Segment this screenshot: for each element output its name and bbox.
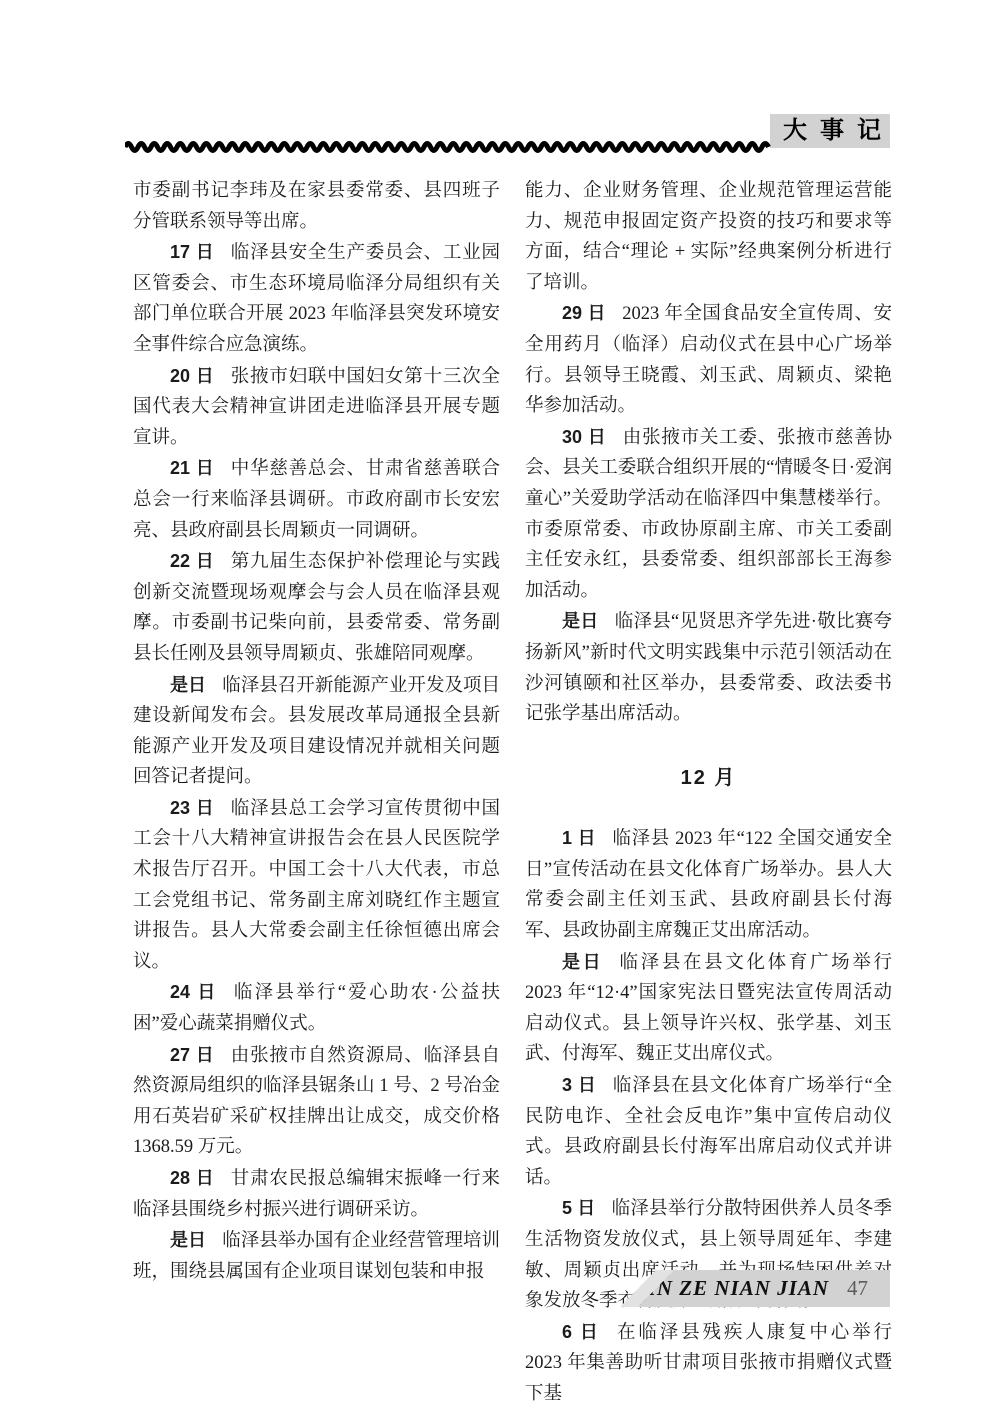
entry-date: 是日 [562,952,603,972]
entry-date: 5 日 [562,1198,595,1218]
page-number: 47 [847,1276,868,1300]
chronicle-entry: 23 日临泽县总工会学习宣传贯彻中国工会十八大精神宣讲报告会在县人民医院学术报告… [133,793,500,978]
entry-text: 由张掖市关工委、张掖市慈善协会、县关工委联合组织开展的“情暖冬日·爱润童心”关爱… [525,428,892,601]
right-column: 能力、企业财务管理、企业规范管理运营能力、规范申报固定资产投资的技巧和要求等方面… [525,176,892,1403]
page-footer: LIN ZE NIAN JIAN 47 [620,1270,890,1307]
chronicle-entry: 市委副书记李玮及在家县委常委、县四班子分管联系领导等出席。 [133,176,500,237]
decorative-wave-line [125,140,773,154]
entry-date: 是日 [562,611,599,631]
entry-date: 1 日 [562,828,596,848]
chronicle-entry: 24 日临泽县举行“爱心助农·公益扶困”爱心蔬菜捐赠仪式。 [133,977,500,1039]
entry-text: 临泽县总工会学习宣传贯彻中国工会十八大精神宣讲报告会在县人民医院学术报告厅召开。… [133,799,500,972]
chronicle-entry: 22 日第九届生态保护补偿理论与实践创新交流暨现场观摩会与会人员在临泽县观摩。市… [133,546,500,669]
entry-date: 21 日 [170,458,215,478]
entry-text: 能力、企业财务管理、企业规范管理运营能力、规范申报固定资产投资的技巧和要求等方面… [525,181,892,293]
chronicle-entry: 1 日临泽县 2023 年“122 全国交通安全日”宣传活动在县文化体育广场举办… [525,823,892,946]
entry-date: 3 日 [562,1075,597,1095]
entry-date: 30 日 [562,427,607,447]
section-heading-december: 12 月 [525,763,892,794]
chronicle-entry: 17 日临泽县安全生产委员会、工业园区管委会、市生态环境局临泽分局组织有关部门单… [133,237,500,360]
chronicle-entry: 是日临泽县召开新能源产业开发及项目建设新闻发布会。县发展改革局通报全县新能源产业… [133,670,500,793]
entry-date: 22 日 [170,551,215,571]
entry-date: 17 日 [170,242,215,262]
chronicle-entry: 27 日由张掖市自然资源局、临泽县自然资源局组织的临泽县锯条山 1 号、2 号冶… [133,1040,500,1163]
left-column: 市委副书记李玮及在家县委常委、县四班子分管联系领导等出席。17 日临泽县安全生产… [133,176,500,1287]
entry-date: 24 日 [170,982,218,1002]
chronicle-entry: 30 日由张掖市关工委、张掖市慈善协会、县关工委联合组织开展的“情暖冬日·爱润童… [525,422,892,607]
entry-date: 23 日 [170,798,215,818]
chronicle-entry: 6 日在临泽县残疾人康复中心举行 2023 年集善助听甘肃项目张掖市捐赠仪式暨下… [525,1317,892,1403]
page-title: 大事记 [770,114,890,148]
entry-text: 市委副书记李玮及在家县委常委、县四班子分管联系领导等出席。 [133,181,500,232]
entry-date: 是日 [170,675,206,695]
chronicle-entry: 21 日中华慈善总会、甘肃省慈善联合总会一行来临泽县调研。市政府副市长安宏亮、县… [133,453,500,546]
entry-date: 6 日 [562,1322,601,1342]
entry-date: 29 日 [562,303,606,323]
chronicle-entry: 3 日临泽县在县文化体育广场举行“全民防电诈、全社会反电诈”集中宣传启动仪式。县… [525,1070,892,1193]
entry-date: 20 日 [170,366,215,386]
chronicle-entry: 是日临泽县在县文化体育广场举行 2023 年“12·4”国家宪法日暨宪法宣传周活… [525,947,892,1070]
entry-date: 28 日 [170,1168,215,1188]
entry-date: 是日 [170,1230,206,1250]
yearbook-page: 大事记 市委副书记李玮及在家县委常委、县四班子分管联系领导等出席。17 日临泽县… [0,0,992,1403]
chronicle-entry: 是日临泽县“见贤思齐学先进·敬比赛夸扬新风”新时代文明实践集中示范引领活动在沙河… [525,606,892,729]
chronicle-entry: 20 日张掖市妇联中国妇女第十三次全国代表大会精神宣讲团走进临泽县开展专题宣讲。 [133,361,500,454]
chronicle-entry: 是日临泽县举办国有企业经营管理培训班，围绕县属国有企业项目谋划包装和申报 [133,1225,500,1287]
entry-date: 27 日 [170,1045,215,1065]
chronicle-entry: 29 日2023 年全国食品安全宣传周、安全用药月（临泽）启动仪式在县中心广场举… [525,298,892,421]
chronicle-entry: 28 日甘肃农民报总编辑宋振峰一行来临泽县围绕乡村振兴进行调研采访。 [133,1163,500,1225]
chronicle-entry: 能力、企业财务管理、企业规范管理运营能力、规范申报固定资产投资的技巧和要求等方面… [525,176,892,298]
